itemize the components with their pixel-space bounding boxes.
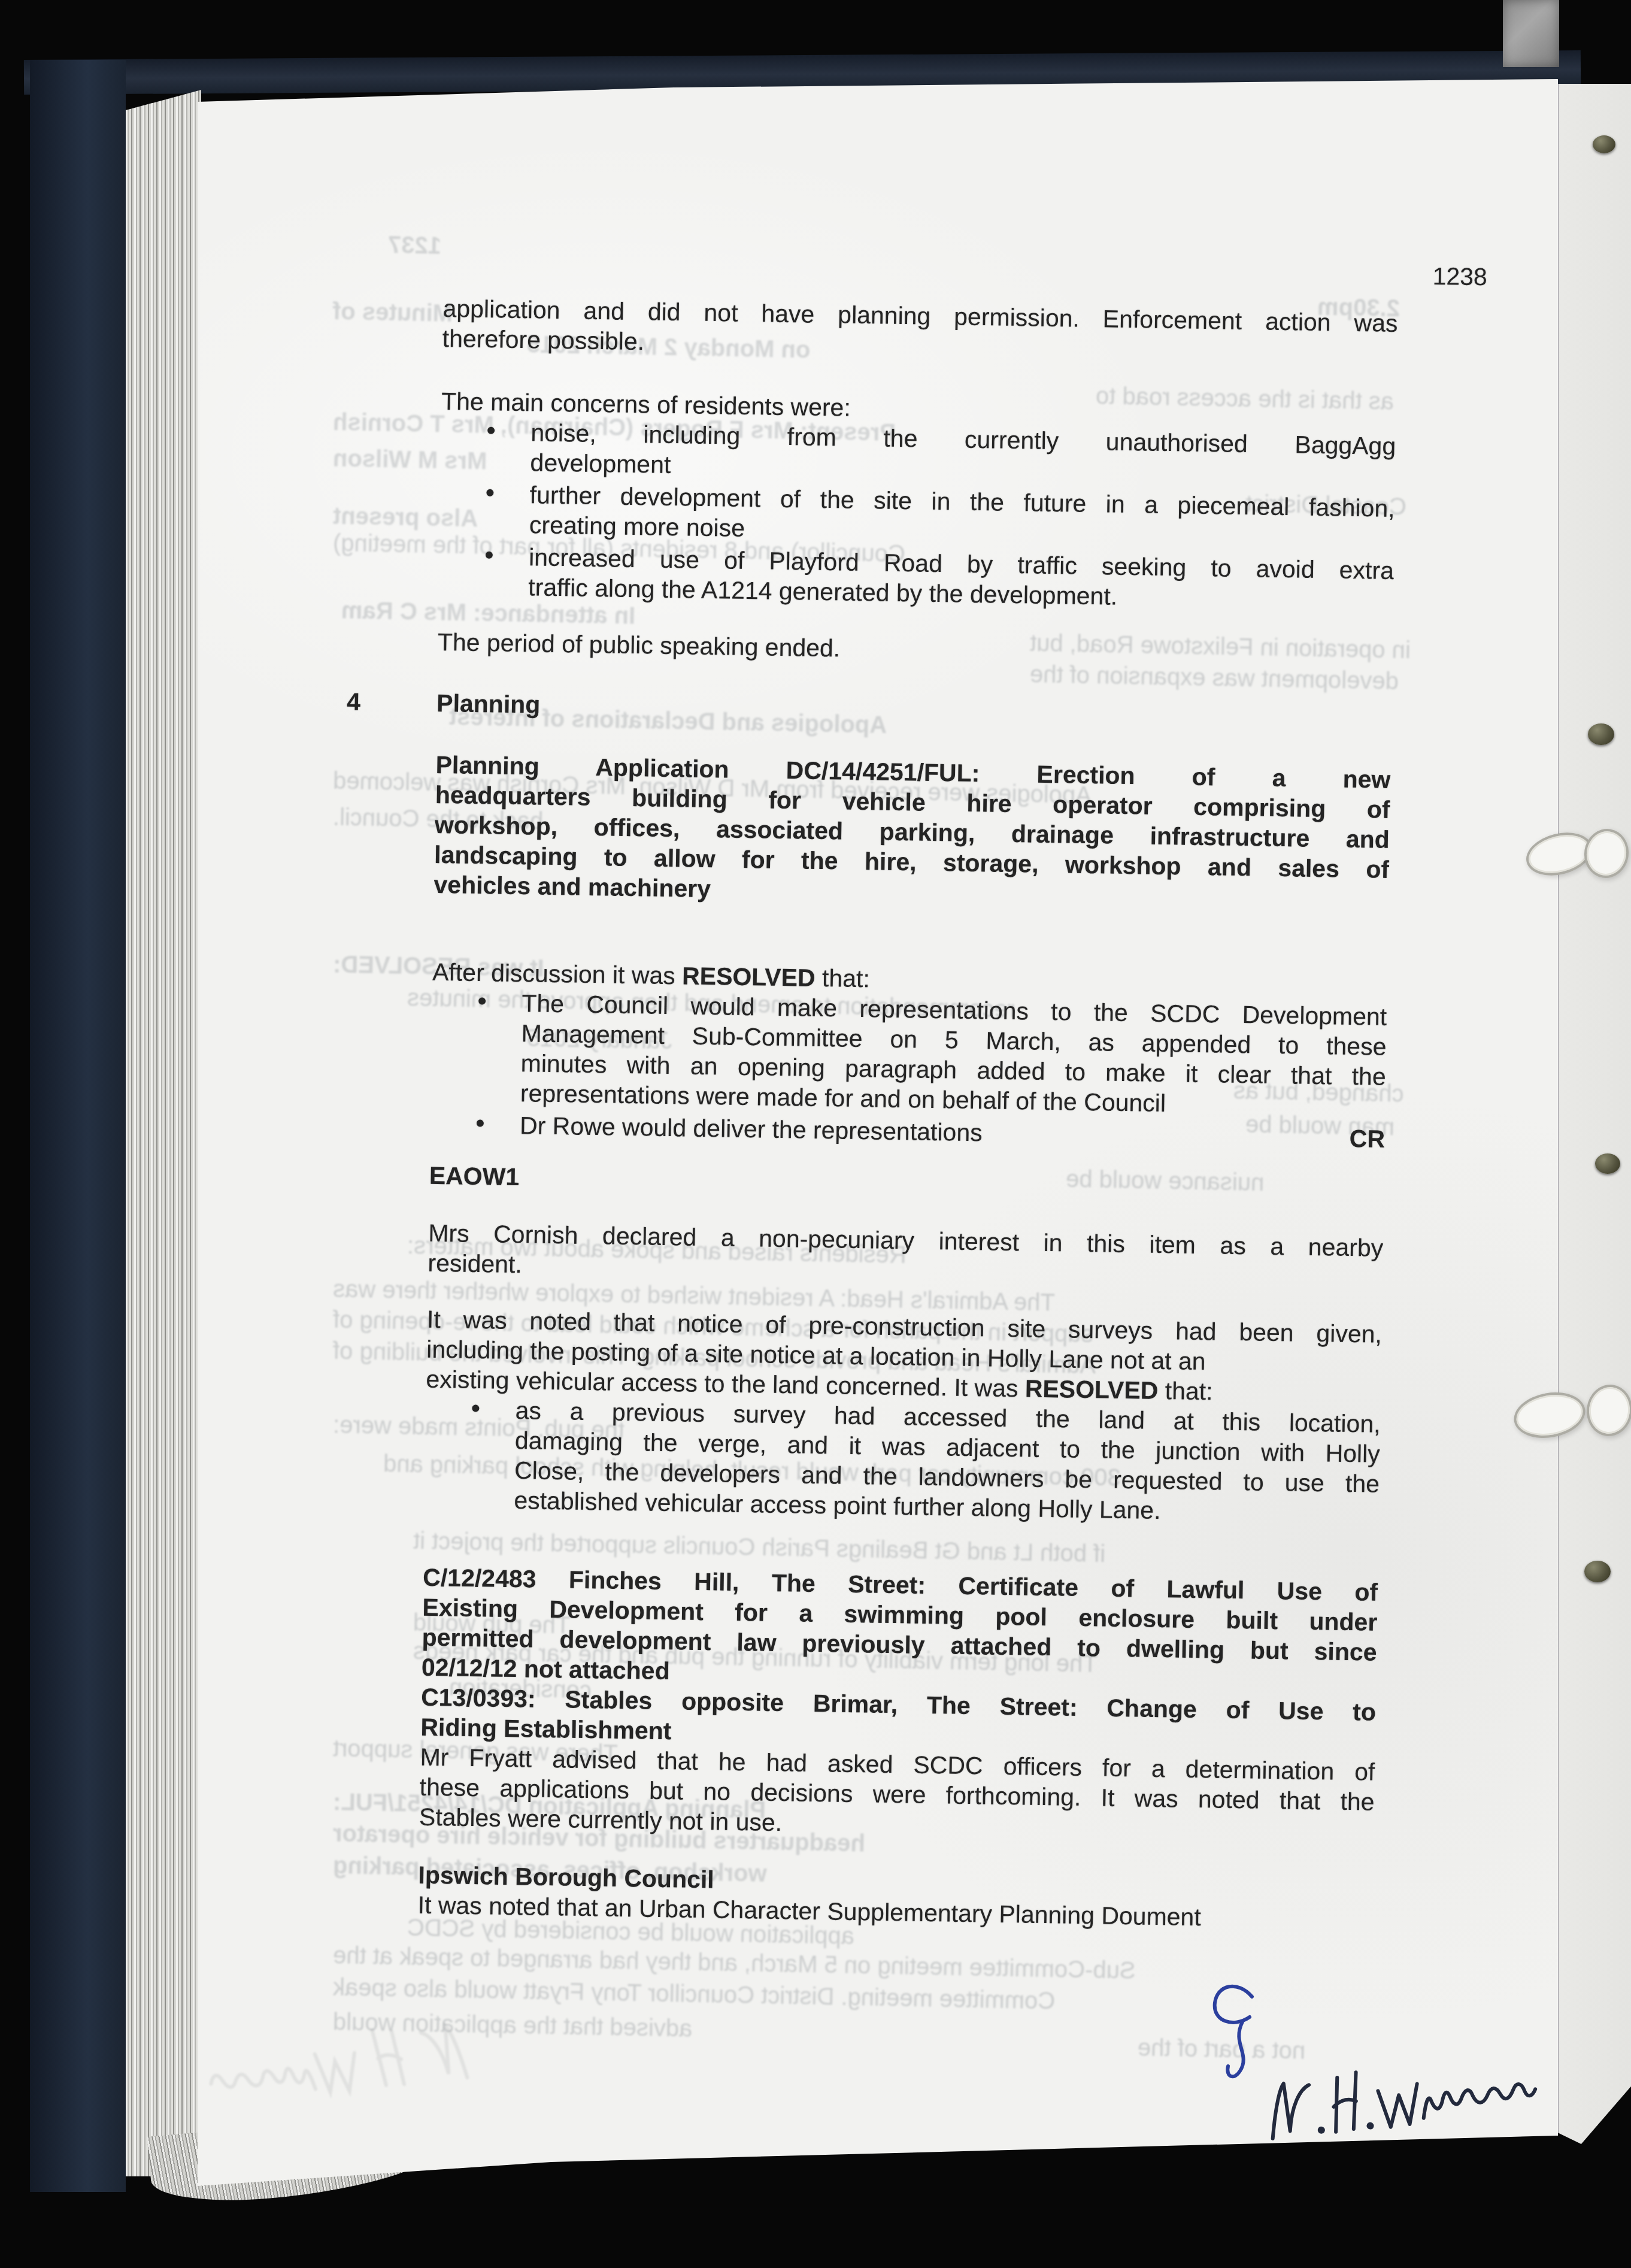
underlying-page-edge: [1556, 84, 1631, 2144]
binding-stud: [1588, 723, 1614, 745]
resolved-keyword: RESOLVED: [682, 962, 816, 991]
resolved-bullet-list: The Council would make representations t…: [430, 987, 1387, 1154]
concerns-bullet-list: noise, including from the currently unau…: [438, 416, 1396, 616]
dr-rowe-line: Dr Rowe would deliver the representation…: [520, 1112, 983, 1146]
paragraph-cornish-interest: Mrs Cornish declared a non-pecuniary int…: [428, 1218, 1383, 1293]
clerk-initials: CR: [1349, 1124, 1385, 1154]
site-notice-post: that:: [1158, 1377, 1213, 1405]
after-discussion-pre: After discussion it was: [432, 958, 683, 990]
minutes-text: 1238 application and did not have planni…: [417, 293, 1397, 1935]
paragraph-public-speaking: The period of public speaking ended.: [437, 627, 1393, 672]
section-heading-planning: 4 Planning: [436, 688, 1392, 733]
flyleaf-edge: [111, 89, 128, 2178]
list-item: as a previous survey had accessed the la…: [424, 1394, 1381, 1529]
scanned-minute-book-page: 12372.30pmMinutes ofon Monday 2 March 20…: [0, 0, 1631, 2268]
eaow-reference: EAOW1: [429, 1161, 1384, 1206]
c12-2483-block: C/12/2483 Finches Hill, The Street: Cert…: [422, 1563, 1378, 1697]
list-item: increased use of Playford Road by traffi…: [438, 541, 1394, 616]
list-item: The Council would make representations t…: [431, 987, 1387, 1122]
cover-corner-fabric: [1503, 0, 1559, 67]
binding-stud: [1595, 1153, 1620, 1174]
paragraph-fryatt: Mr Fryatt advised that he had asked SCDC…: [419, 1742, 1375, 1847]
resolved-keyword: RESOLVED: [1025, 1374, 1159, 1404]
section-number: 4: [347, 687, 361, 717]
binding-stud: [1584, 1561, 1611, 1582]
list-item: further development of the site in the f…: [439, 479, 1395, 553]
page-stack-fore-edges: [126, 85, 201, 2176]
binding-stud: [1593, 135, 1615, 153]
after-discussion-post: that:: [815, 964, 870, 992]
signature-nh-wilson: [1253, 2038, 1550, 2176]
survey-bullet-list: as a previous survey had accessed the la…: [424, 1394, 1381, 1529]
paragraph-site-notice: It was noted that notice of pre-construc…: [426, 1304, 1382, 1409]
planning-application-block: Planning Application DC/14/4251/FUL: Ere…: [433, 750, 1391, 915]
section-title: Planning: [436, 689, 541, 719]
page-number: 1238: [1432, 261, 1577, 293]
